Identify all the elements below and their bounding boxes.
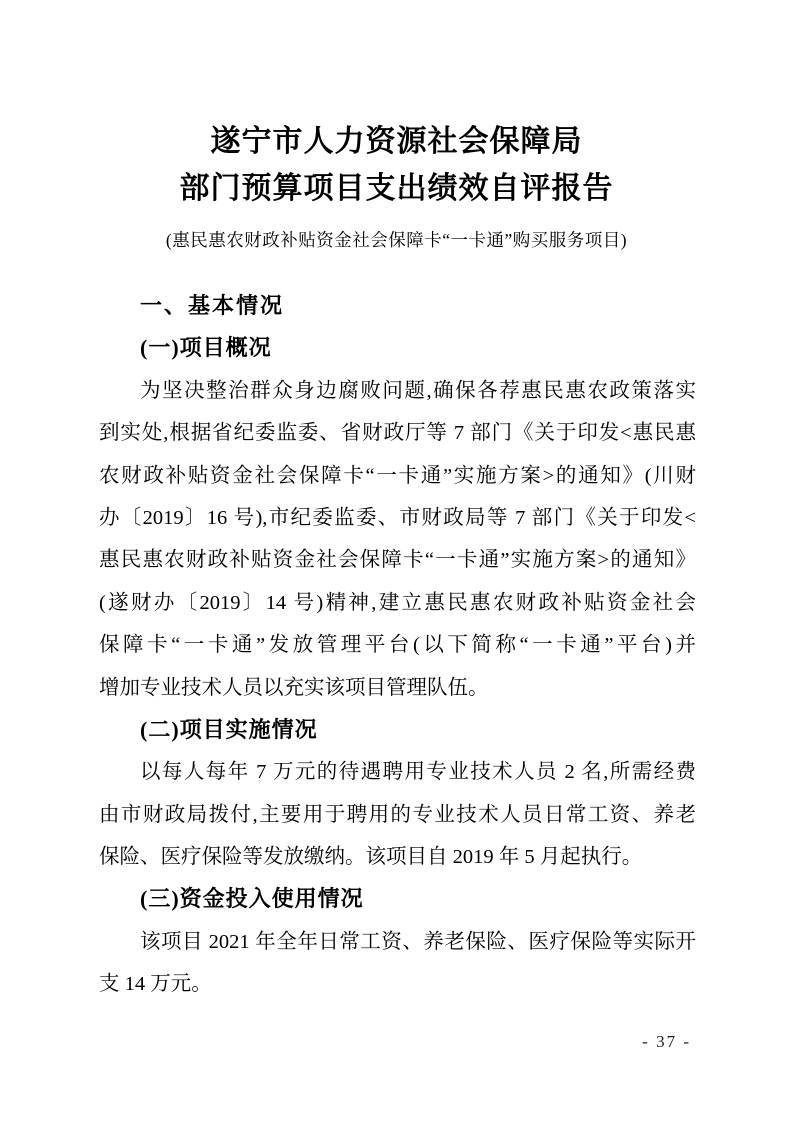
section-heading: 一、基本情况	[99, 285, 696, 327]
body-line: 到实处,根据省纪委监委、省财政厅等 7 部门《关于印发<惠民惠	[99, 412, 696, 454]
body-line: 农财政补贴资金社会保障卡“一卡通”实施方案>的通知》(川财	[99, 455, 696, 497]
document-subtitle: (惠民惠农财政补贴资金社会保障卡“一卡通”购买服务项目)	[0, 227, 793, 252]
body-line: 保险、医疗保险等发放缴纳。该项目自 2019 年 5 月起执行。	[99, 836, 696, 878]
document-title: 遂宁市人力资源社会保障局 部门预算项目支出绩效自评报告	[0, 118, 793, 212]
title-line-1: 遂宁市人力资源社会保障局	[0, 118, 793, 165]
body-line: 支 14 万元。	[99, 963, 696, 1005]
document-page: 遂宁市人力资源社会保障局 部门预算项目支出绩效自评报告 (惠民惠农财政补贴资金社…	[0, 0, 793, 1122]
body-line: 增加专业技术人员以充实该项目管理队伍。	[99, 667, 696, 709]
body-line: 以每人每年 7 万元的待遇聘用专业技术人员 2 名,所需经费	[99, 751, 696, 793]
body-line: (遂财办〔2019〕14 号)精神,建立惠民惠农财政补贴资金社会	[99, 582, 696, 624]
body-line: 由市财政局拨付,主要用于聘用的专业技术人员日常工资、养老	[99, 794, 696, 836]
body-line: 办〔2019〕16 号),市纪委监委、市财政局等 7 部门《关于印发<	[99, 497, 696, 539]
page-number: - 37 -	[642, 1032, 691, 1052]
document-body: 一、基本情况(一)项目概况为坚决整治群众身边腐败问题,确保各荐惠民惠农政策落实到…	[99, 285, 696, 1006]
body-line: 保障卡“一卡通”发放管理平台(以下简称“一卡通”平台)并	[99, 624, 696, 666]
section-heading: (二)项目实施情况	[99, 709, 696, 751]
section-heading: (一)项目概况	[99, 327, 696, 369]
body-line: 该项目 2021 年全年日常工资、养老保险、医疗保险等实际开	[99, 921, 696, 963]
title-line-2: 部门预算项目支出绩效自评报告	[0, 165, 793, 212]
body-line: 为坚决整治群众身边腐败问题,确保各荐惠民惠农政策落实	[99, 370, 696, 412]
body-line: 惠民惠农财政补贴资金社会保障卡“一卡通”实施方案>的通知》	[99, 539, 696, 581]
section-heading: (三)资金投入使用情况	[99, 878, 696, 920]
